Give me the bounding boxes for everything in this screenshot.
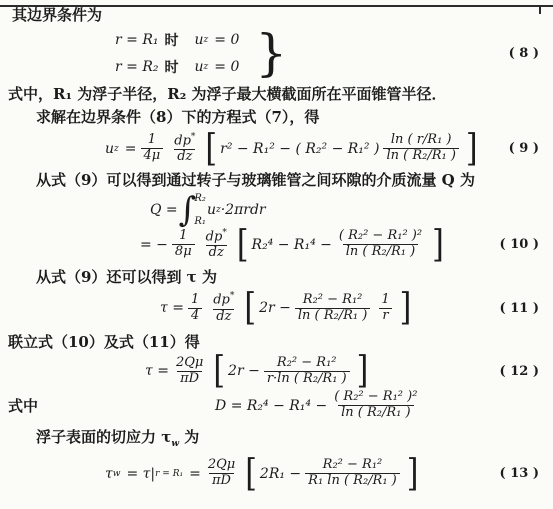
integral: ∫ R₂ R₁ [179,193,206,227]
fraction-numerator: R₂² − R₁² [300,293,366,308]
cn-shi: 时 [164,57,178,77]
right-bracket: ] [400,289,412,327]
fraction-1-over-r: 1 r [378,293,392,324]
superscript-star: * [222,228,227,238]
subscript: z [204,35,209,45]
fraction-denominator: 4 [188,308,202,324]
fraction-2Qmu-over-piD: 2Qμ πD [205,458,238,489]
equals-sign: = [189,466,201,482]
fraction-dp-dz: dp* dz [171,132,198,165]
equation-10-line-1: Q = ∫ R₂ R₁ uz ·2πrdr [8,193,553,227]
right-bracket: ] [357,352,369,390]
cn-shi: 时 [164,30,178,50]
fraction-dp-dz: dp* dz [203,228,230,261]
fraction-denominator: ln ( R₂/R₁ ) [338,405,413,421]
subscript: z [114,144,119,154]
paragraph-combine-intro: 联立式（10）及式（11）得 [8,332,553,352]
equation-8-conditions: r = R₁ 时 uz = 0 r = R₂ 时 uz = 0 [115,30,239,77]
fraction-1-over-4: 1 4 [188,293,202,324]
fraction-squared-diff: ( R₂² − R₁² )² ln ( R₂/R₁ ) [336,229,425,260]
equation-number-12: ( 12 ) [500,364,553,379]
equation-number-10: ( 10 ) [500,237,553,252]
fraction-denominator: r·ln ( R₂/R₁ ) [264,371,350,387]
fraction-denominator: 4μ [141,148,164,164]
fraction-denominator: ln ( R₂/R₁ ) [343,244,418,260]
integral-upper-limit: R₂ [194,193,206,204]
equation-number-8: ( 8 ) [509,46,553,61]
fraction-numerator: dp* [210,291,237,308]
velocity-symbol: u [105,141,114,157]
superscript-star: * [191,132,196,142]
fraction-numerator: ( R₂² − R₁² )² [331,390,420,405]
math-fragment: 2r − [259,300,291,316]
fraction-denominator: dz [213,309,234,325]
velocity-symbol: u [194,59,203,75]
math-fragment: Q = [150,202,178,218]
fraction-numerator: dp* [171,132,198,149]
equals-sign: = [125,141,137,157]
paragraph-solve-intro: 求解在边界条件（8）下的方程式（7），得 [36,107,553,127]
fraction-squared-diff-over-ln: ( R₂² − R₁² )² ln ( R₂/R₁ ) [331,390,420,421]
equation-11: τ = 1 4 dp* dz [ 2r − R₂² − R₁² ln ( R₂/… [8,291,553,324]
equation-12: τ = 2Qμ πD [ 2r − R₂² − R₁² r·ln ( R₂/R₁… [8,356,553,387]
fraction-ln-ratio: ln ( r/R₁ ) ln ( R₂/R₁ ) [383,133,458,164]
math-fragment: ·2πrdr [221,202,266,218]
label-shizhong: 式中 [8,395,38,416]
fraction-numerator: R₂² − R₁² [320,458,386,473]
right-brace: } [255,28,287,78]
fraction-denominator: πD [177,371,202,387]
subscript-w: w [171,439,179,449]
velocity-symbol: u [207,202,216,218]
equation-number-13: ( 13 ) [500,466,553,481]
fraction-diff-over-rln: R₂² − R₁² r·ln ( R₂/R₁ ) [264,356,350,387]
integral-limits: R₂ R₁ [194,193,206,227]
math-fragment: D = R₂⁴ − R₁⁴ − [215,398,327,414]
scan-edge-artifact-corner [539,5,541,14]
math-fragment: = 0 [214,32,239,48]
math-fragment: = τ [126,466,150,482]
fraction-numerator: 1 [145,133,159,148]
right-bracket: ] [432,226,444,264]
math-fragment: τ = [160,300,184,316]
math-fragment: 2r − [228,363,260,379]
subscript-r-equals-R1: r = R₁ [155,469,183,479]
integral-lower-limit: R₁ [194,216,206,227]
math-fragment: 2R₁ − [260,466,301,482]
math-fragment: τ = [145,363,169,379]
fraction-2Qmu-over-piD: 2Qμ πD [173,356,206,387]
document-page: 其边界条件为 r = R₁ 时 uz = 0 r = R₂ 时 uz = 0 }… [0,5,553,509]
fraction-dp-dz: dp* dz [210,291,237,324]
fraction-numerator: R₂² − R₁² [274,356,340,371]
subscript: z [204,62,209,72]
fraction-1-over-4mu: 1 4μ [141,133,164,164]
fraction-numerator: 1 [378,293,392,308]
shear-symbol: τ [105,466,113,482]
right-bracket: ] [407,455,419,493]
left-bracket: [ [244,289,256,327]
equation-8-line-1: r = R₁ 时 uz = 0 [115,30,239,50]
left-bracket: [ [205,130,217,168]
subscript-w: w [113,469,121,479]
equation-D-definition: 式中 D = R₂⁴ − R₁⁴ − ( R₂² − R₁² )² ln ( R… [8,390,553,421]
paragraph-wall-shear-intro: 浮子表面的切应力 τw 为 [36,427,553,454]
fraction-denominator: ln ( R₂/R₁ ) [383,148,458,164]
fraction-diff-over-ln: R₂² − R₁² ln ( R₂/R₁ ) [295,293,370,324]
left-bracket: [ [213,352,225,390]
math-fragment: R₂⁴ − R₁⁴ − [252,237,332,253]
fraction-denominator: dz [174,149,195,165]
fraction-numerator: 1 [176,229,190,244]
fraction-denominator: πD [209,473,234,489]
fraction-numerator: dp* [203,228,230,245]
left-bracket: [ [245,455,257,493]
fraction-numerator: ( R₂² − R₁² )² [336,229,425,244]
fraction-denominator: r [379,308,391,324]
paragraph-boundary-intro: 其边界条件为 [12,5,553,25]
left-bracket: [ [237,226,249,264]
equation-number-11: ( 11 ) [500,301,553,316]
equation-number-9: ( 9 ) [509,141,553,156]
fraction-1-over-8mu: 1 8μ [172,229,195,260]
math-fragment: r² − R₁² − ( R₂² − R₁² ) [220,141,379,157]
fraction-diff-over-R1ln: R₂² − R₁² R₁ ln ( R₂/R₁ ) [305,458,400,489]
scan-edge-artifact-top [0,5,553,7]
equation-13: τw = τ |r = R₁ = 2Qμ πD [ 2R₁ − R₂² − R₁… [8,458,553,489]
fraction-denominator: ln ( R₂/R₁ ) [295,308,370,324]
paragraph-shear-intro: 从式（9）还可以得到 τ 为 [36,267,553,287]
paragraph-flowrate-intro: 从式（9）可以得到通过转子与玻璃锥管之间环隙的介质流量 Q 为 [36,170,553,190]
right-bracket: ] [466,130,478,168]
equation-8-line-2: r = R₂ 时 uz = 0 [115,57,239,77]
equation-8: r = R₁ 时 uz = 0 r = R₂ 时 uz = 0 } ( 8 ) [8,28,553,78]
velocity-symbol: u [194,32,203,48]
fraction-numerator: ln ( r/R₁ ) [388,133,455,148]
equation-9: uz = 1 4μ dp* dz [ r² − R₁² − ( R₂² − R₁… [8,132,553,165]
fraction-numerator: 1 [188,293,202,308]
equation-10-line-2: = − 1 8μ dp* dz [ R₂⁴ − R₁⁴ − ( R₂² − R₁… [8,228,553,261]
fraction-denominator: 8μ [172,244,195,260]
math-fragment: r = R₁ [115,32,158,48]
superscript-star: * [230,291,235,301]
math-fragment: r = R₂ [115,59,158,75]
fraction-numerator: 2Qμ [205,458,238,473]
fraction-denominator: dz [206,245,227,261]
math-fragment: = 0 [214,59,239,75]
fraction-denominator: R₁ ln ( R₂/R₁ ) [305,473,400,489]
math-fragment: = − [140,237,168,253]
paragraph-where-radii: 式中，R₁ 为浮子半径，R₂ 为浮子最大横截面所在平面锥管半径． [8,84,553,104]
fraction-numerator: 2Qμ [173,356,206,371]
